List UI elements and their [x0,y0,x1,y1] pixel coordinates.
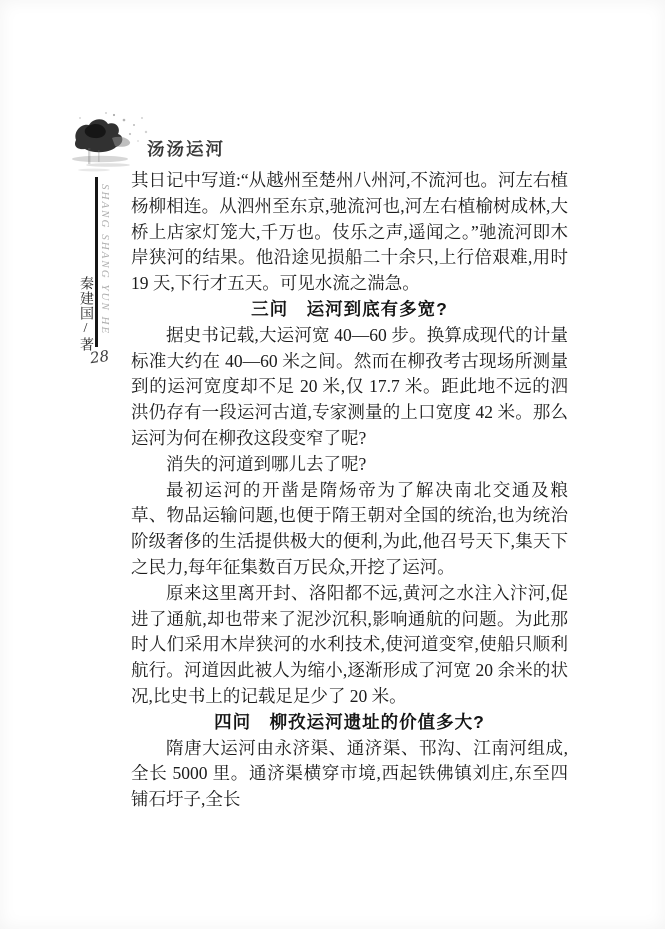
paragraph-canal-composition: 隋唐大运河由永济渠、通济渠、邗沟、江南河组成,全长 5000 里。通济渠横穿市境… [131,736,568,813]
book-page: 汤汤运河 SHANG SHANG YUN HE 秦建国/著 28 其日记中写道:… [0,0,665,929]
paragraph-river-narrowing: 原来这里离开封、洛阳都不远,黄河之水注入汴河,促进了通航,却也带来了泥沙沉积,影… [131,581,568,710]
section-heading-question-4: 四问 柳孜运河遗址的价值多大? [131,710,568,736]
sidebar-rule [95,177,98,347]
paragraph-diary-quote: 其日记中写道:“从越州至楚州八州河,不流河也。河左右植杨柳相连。从泗州至东京,驰… [131,168,568,297]
page-number: 28 [89,347,110,367]
paragraph-canal-width: 据史书记载,大运河宽 40—60 步。换算成现代的计量标准大约在 40—60 米… [131,323,568,452]
page-body-text: 其日记中写道:“从越州至楚州八州河,不流河也。河左右植杨柳相连。从泗州至东京,驰… [131,168,568,813]
sidebar-author: 秦建国/著 [75,276,95,351]
paragraph-lost-channel: 消失的河道到哪儿去了呢? [131,452,568,478]
paragraph-canal-origin: 最初运河的开凿是隋炀帝为了解决南北交通及粮草、物品运输问题,也便于隋王朝对全国的… [131,478,568,581]
sidebar-series-name: SHANG SHANG YUN HE [99,184,111,344]
section-heading-question-3: 三问 运河到底有多宽? [131,297,568,323]
page-title: 汤汤运河 [147,136,225,161]
